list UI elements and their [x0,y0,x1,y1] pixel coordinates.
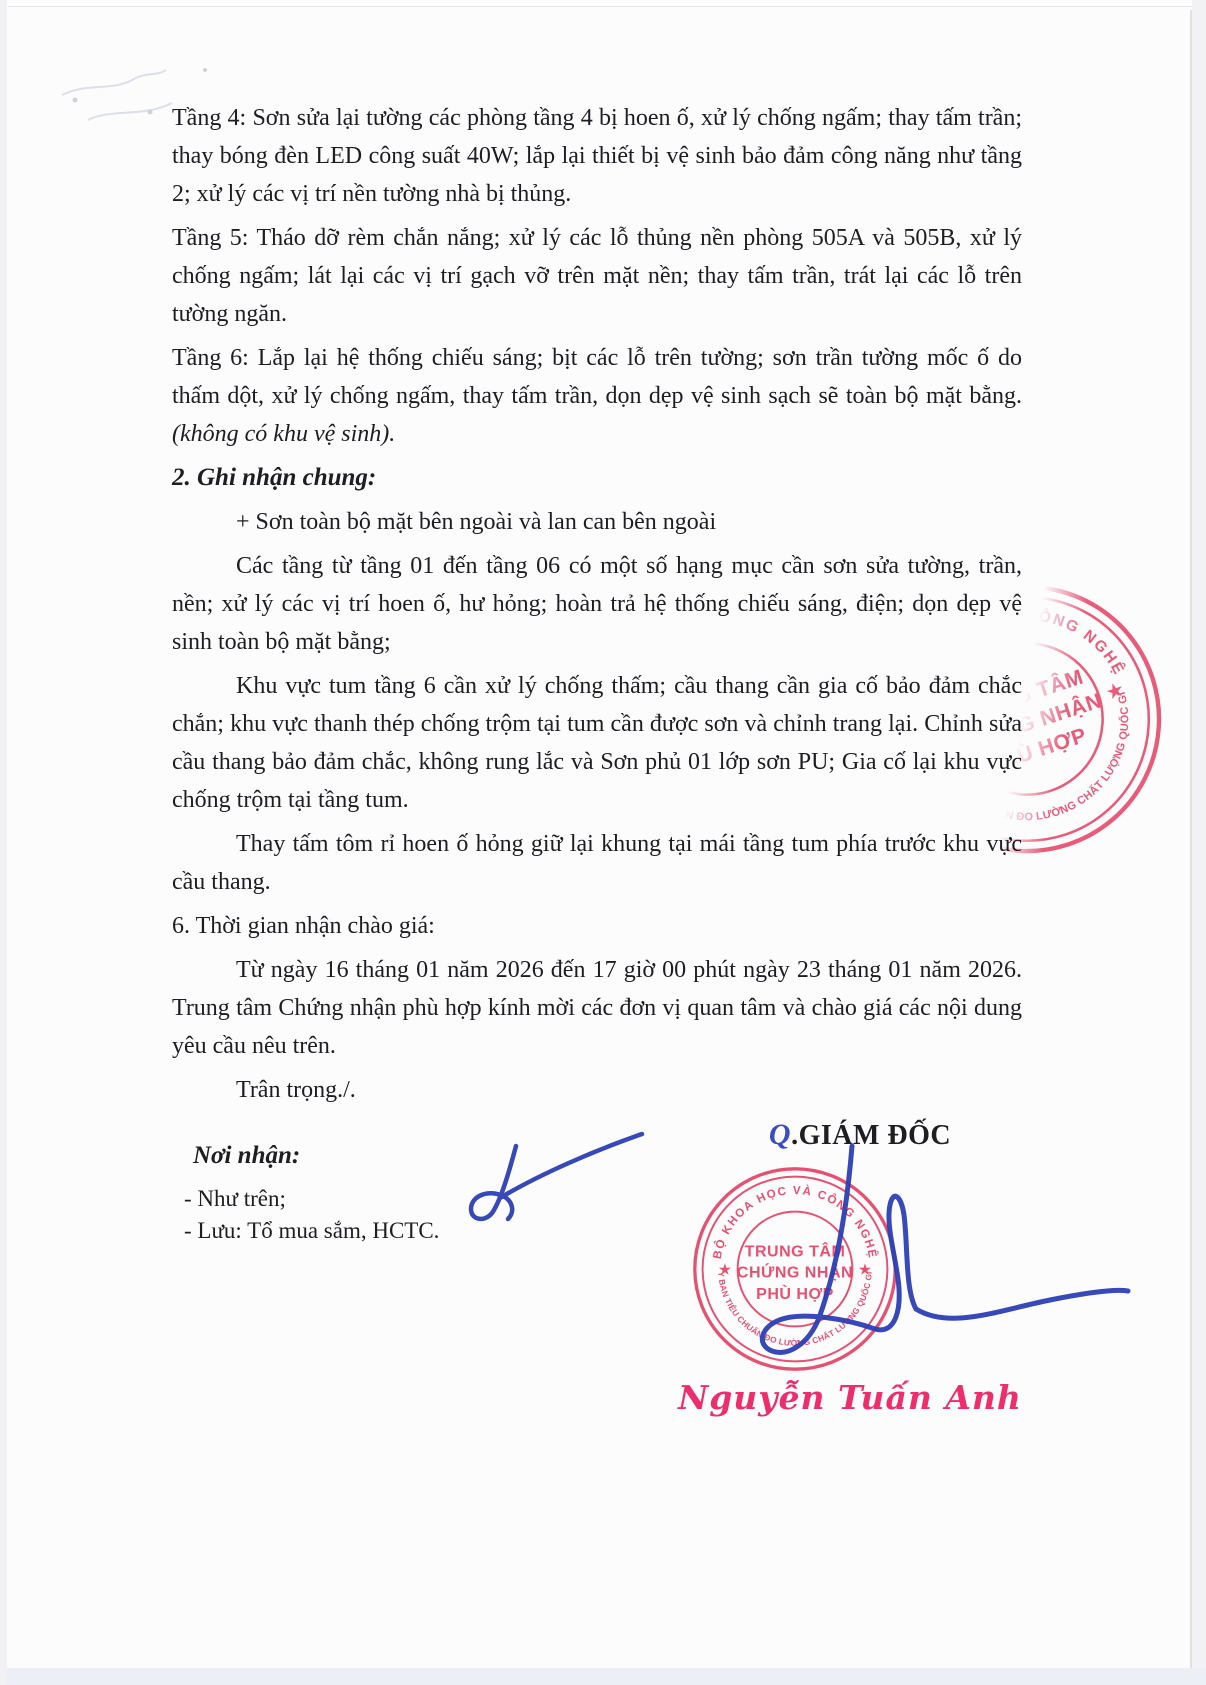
scan-edge-left-band [0,0,7,1685]
paragraph-son-ngoai: + Sơn toàn bộ mặt bên ngoài và lan can b… [172,503,1022,541]
stamp-center-line-2: CHỨNG NHẬN [737,1263,853,1282]
recipients-list: - Như trên; - Lưu: Tổ mua sắm, HCTC. [184,1183,439,1247]
signer-name: Nguyễn Tuấn Anh [640,1378,1060,1417]
paragraph-tang-4: Tầng 4: Sơn sửa lại tường các phòng tầng… [172,99,1022,213]
scan-edge-bottom-band [0,1668,1206,1685]
signer-title-q: Q [769,1118,791,1151]
scan-edge-right-line [1190,10,1192,1670]
heading-thoi-gian: 6. Thời gian nhận chào giá: [172,907,1022,945]
heading-ghi-nhan-chung: 2. Ghi nhận chung: [172,459,1022,497]
partial-red-stamp: BỘ KHOA HỌC VÀ CÔNG NGHỆ ỦY BAN TIÊU CHU… [886,578,1168,860]
official-red-stamp: BỘ KHOA HỌC VÀ CÔNG NGHỆ ỦY BAN TIÊU CHU… [688,1162,902,1376]
stamp-center-line-3: PHÙ HỢP [756,1284,834,1303]
recipients-label: Nơi nhận: [193,1142,300,1170]
scanned-document-page: Tầng 4: Sơn sửa lại tường các phòng tầng… [0,0,1206,1685]
stamp-star-right-icon: ★ [859,1262,872,1277]
closing-tran-trong: Trân trọng./. [172,1071,1022,1109]
paragraph-tu-ngay: Từ ngày 16 tháng 01 năm 2026 đến 17 giờ … [172,951,1022,1065]
paragraph-tang-6-note: (không có khu vệ sinh). [172,421,395,447]
signer-title: Q.GIÁM ĐỐC [660,1118,1060,1152]
scan-edge-right-fill [1192,0,1206,1685]
signer-title-rest: .GIÁM ĐỐC [791,1120,951,1151]
scan-edge-top-line [8,6,1192,7]
stamp-star-left-icon: ★ [719,1262,732,1277]
paragraph-tang-6: Tầng 6: Lắp lại hệ thống chiếu sáng; bịt… [172,339,1022,453]
paragraph-tang-5: Tầng 5: Tháo dỡ rèm chắn nắng; xử lý các… [172,219,1022,333]
recipient-item: - Lưu: Tổ mua sắm, HCTC. [184,1215,439,1247]
recipient-item: - Như trên; [184,1183,439,1215]
initials-paraph-signature [471,1134,642,1219]
paragraph-tang-6-main: Tầng 6: Lắp lại hệ thống chiếu sáng; bịt… [172,345,1022,409]
stamp-center-line-1: TRUNG TÂM [745,1241,846,1260]
